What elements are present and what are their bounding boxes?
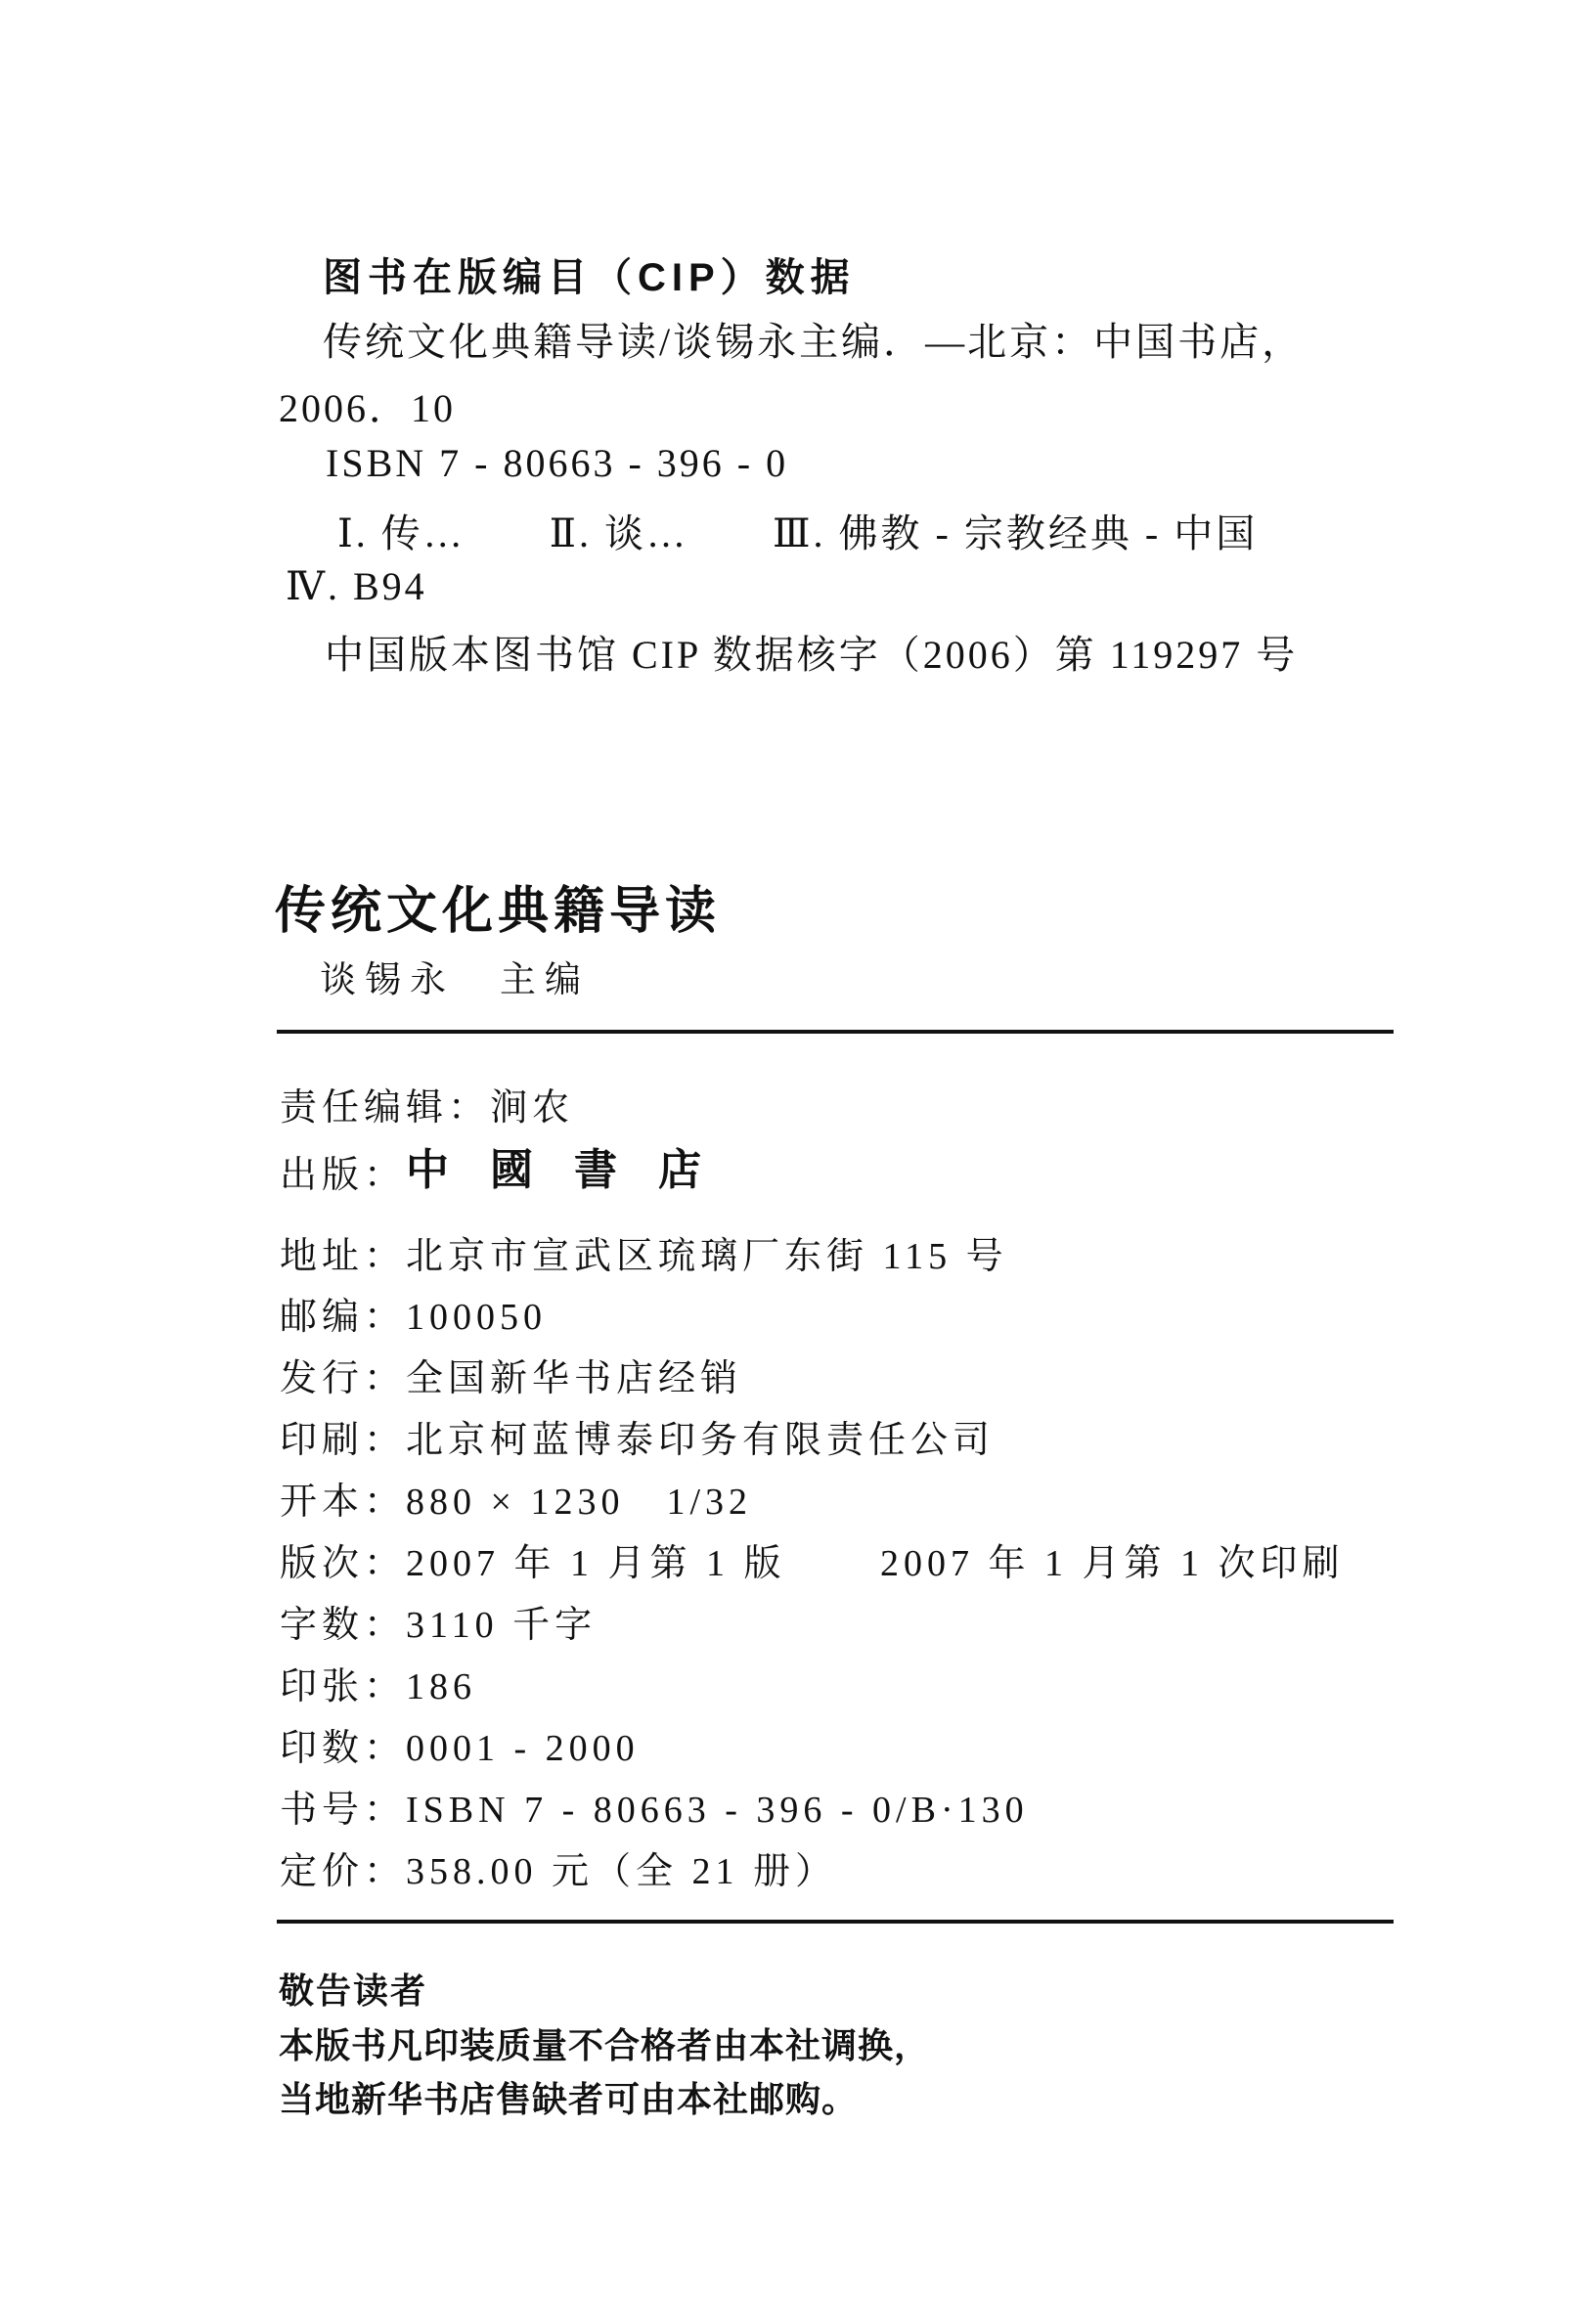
cip-heading: 图书在版编目（CIP）数据 — [323, 246, 856, 302]
cip-line-title-statement: 传统文化典籍导读/谈锡永主编．—北京：中国书店， — [323, 311, 1304, 367]
colophon-row-address: 地址：北京市宣武区琉璃厂东街 115 号 — [280, 1225, 1453, 1279]
cip-line-class-number: Ⅳ. B94 — [286, 563, 427, 609]
colophon-value: 北京市宣武区琉璃厂东街 115 号 — [406, 1236, 1008, 1277]
book-title: 传统文化典籍导读 — [275, 869, 721, 943]
colophon-row-printrun: 印数：0001 - 2000 — [280, 1717, 1453, 1771]
colophon-label: 字数： — [280, 1605, 406, 1646]
colophon-label: 书号： — [280, 1790, 406, 1831]
colophon-label: 印数： — [280, 1728, 406, 1769]
colophon-value: ISBN 7 - 80663 - 396 - 0/B·130 — [406, 1790, 1029, 1831]
colophon-label: 出版： — [280, 1155, 406, 1196]
colophon-row-edition: 版次：2007 年 1 月第 1 版2007 年 1 月第 1 次印刷 — [280, 1532, 1453, 1586]
notice-line: 本版书凡印装质量不合格者由本社调换， — [279, 2018, 930, 2068]
colophon-value: 涧农 — [490, 1087, 574, 1129]
colophon-value: 北京柯蓝博泰印务有限责任公司 — [406, 1420, 995, 1461]
horizontal-rule-bottom — [277, 1920, 1394, 1924]
colophon-row-sheets: 印张：186 — [280, 1656, 1453, 1709]
colophon-label: 开本： — [280, 1482, 406, 1523]
colophon-value: 358.00 元（全 21 册） — [406, 1851, 837, 1892]
colophon-row-wordcount: 字数：3110 千字 — [280, 1594, 1453, 1648]
colophon-value: 0001 - 2000 — [406, 1728, 640, 1769]
colophon-row-booknumber: 书号：ISBN 7 - 80663 - 396 - 0/B·130 — [280, 1779, 1453, 1833]
colophon-row-distribution: 发行：全国新华书店经销 — [280, 1348, 1453, 1401]
colophon-value: 全国新华书店经销 — [406, 1358, 742, 1399]
colophon-label: 版次： — [280, 1543, 406, 1584]
notice-heading: 敬告读者 — [279, 1964, 427, 2014]
book-copyright-page: 图书在版编目（CIP）数据 传统文化典籍导读/谈锡永主编．—北京：中国书店， 2… — [0, 0, 1596, 2303]
horizontal-rule-top — [277, 1030, 1394, 1034]
colophon-label: 邮编： — [280, 1297, 406, 1338]
cip-line-classification: Ⅰ. 传… Ⅱ. 谈… Ⅲ. 佛教 - 宗教经典 - 中国 — [337, 503, 1258, 558]
cip-line-pub-date: 2006．10 — [279, 377, 456, 433]
colophon-value: 3110 千字 — [406, 1605, 597, 1646]
colophon-row-editor: 责任编辑：涧农 — [280, 1077, 1453, 1130]
cip-line-record-number: 中国版本图书馆 CIP 数据核字（2006）第 119297 号 — [325, 624, 1298, 680]
colophon-label: 地址： — [280, 1236, 406, 1277]
colophon-label: 印张： — [280, 1666, 406, 1707]
colophon-value-impression: 2007 年 1 月第 1 次印刷 — [880, 1532, 1345, 1586]
cip-line-isbn: ISBN 7 - 80663 - 396 - 0 — [326, 440, 788, 486]
colophon-row-price: 定价：358.00 元（全 21 册） — [280, 1840, 1453, 1894]
book-editor: 谈锡永 主编 — [320, 950, 590, 1002]
colophon-value: 2007 年 1 月第 1 版 — [406, 1543, 786, 1584]
colophon-row-postcode: 邮编：100050 — [280, 1286, 1453, 1340]
colophon-label: 责任编辑： — [280, 1087, 490, 1129]
colophon-row-publisher: 出版：中國書店 — [280, 1137, 1453, 1200]
colophon-row-format: 开本：880 × 1230 1/32 — [280, 1471, 1453, 1525]
notice-line: 当地新华书店售缺者可由本社邮购。 — [279, 2072, 858, 2122]
colophon-label: 发行： — [280, 1358, 406, 1399]
colophon-label: 印刷： — [280, 1420, 406, 1461]
colophon-row-printing: 印刷：北京柯蓝博泰印务有限责任公司 — [280, 1409, 1453, 1463]
publisher-logo: 中國書店 — [406, 1146, 742, 1194]
colophon-value: 100050 — [406, 1297, 547, 1338]
colophon-label: 定价： — [280, 1851, 406, 1892]
colophon-value: 186 — [406, 1666, 476, 1707]
colophon-value: 880 × 1230 1/32 — [406, 1482, 752, 1523]
